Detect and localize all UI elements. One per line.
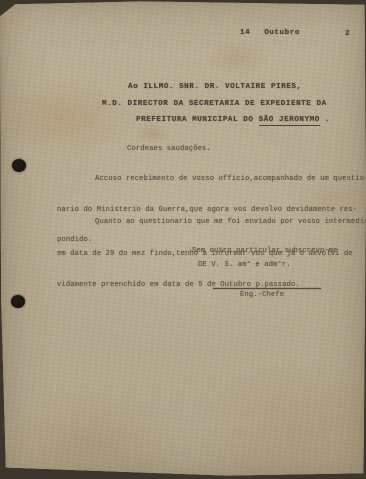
paragraph-1-line-1: Accuso recebimento de vosso officio,acom… (57, 175, 359, 190)
addressee-city-underlined: SÃO JERONYMO (259, 116, 320, 126)
page-number: 2 (345, 30, 350, 38)
paragraph-2-line-1: Quanto ao questionario que me foi enviad… (57, 218, 359, 234)
signature-rule (213, 288, 321, 289)
date-month: Outubro (264, 29, 300, 37)
closing-line-2: DE V. S. am° e adm°r. (198, 261, 291, 269)
salutation: Cordeaes saudações. (127, 145, 211, 153)
closing-line-1: Sem outro particular,subscrevo-me (192, 247, 338, 255)
addressee-line-2: M.D. DIRECTOR DA SECRETARIA DE EXPEDIENT… (102, 100, 327, 108)
scanned-letter-photo: 14 Outubro 2 Ao ILLMO. SNR. DR. VOLTAIRE… (0, 0, 366, 479)
date-day: 14 (240, 29, 250, 37)
addressee-line-3: PREFEITURA MUNICIPAL DO SÃO JERONYMO . (136, 116, 330, 124)
signature-title: Eng.-Chefe (240, 291, 284, 299)
paragraph-2: Quanto ao questionario que me foi enviad… (57, 202, 359, 313)
punch-hole-bottom (11, 295, 25, 308)
paper-sheet: 14 Outubro 2 Ao ILLMO. SNR. DR. VOLTAIRE… (0, 0, 366, 479)
header-date: 14 Outubro (240, 29, 300, 37)
addressee-line-3-suffix: . (320, 116, 330, 124)
punch-hole-top (12, 159, 26, 172)
addressee-line-3-prefix: PREFEITURA MUNICIPAL DO (136, 116, 259, 124)
addressee-line-1: Ao ILLMO. SNR. DR. VOLTAIRE PIRES, (128, 83, 302, 91)
